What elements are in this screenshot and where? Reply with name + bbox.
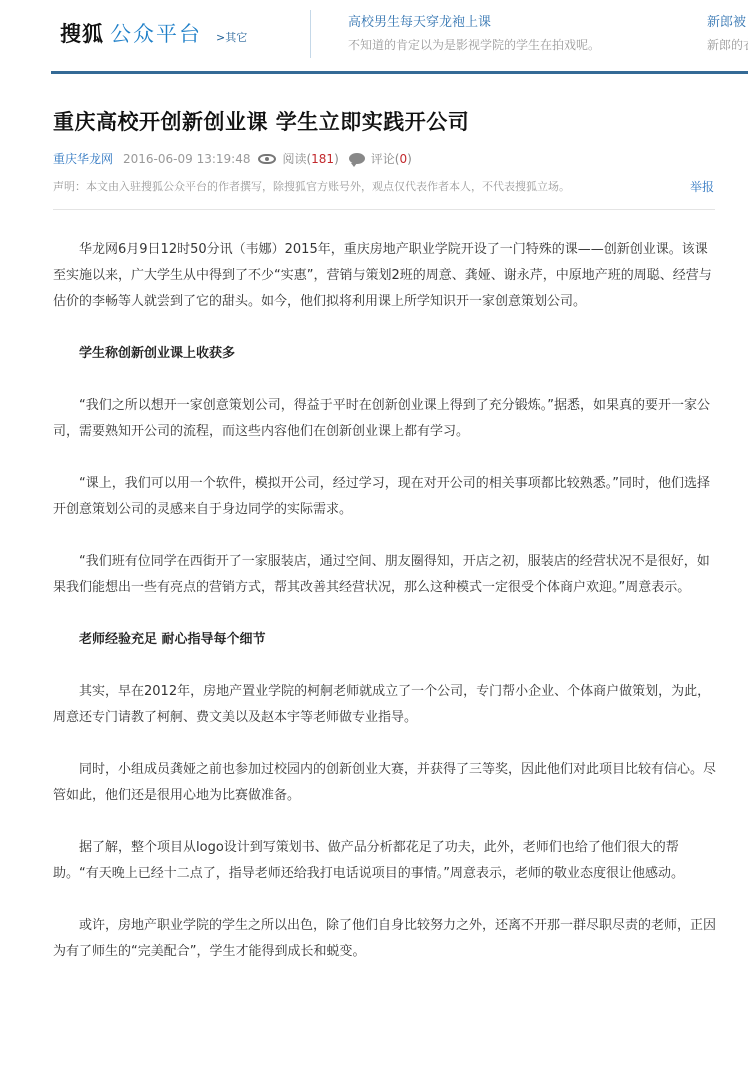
comment-label: 评论( — [371, 152, 400, 166]
logo-platform: 公众平台 — [110, 18, 202, 48]
publish-date: 2016-06-09 13:19:48 — [123, 152, 250, 166]
comment-icon — [349, 153, 365, 164]
article-body: 华龙网6月9日12时50分讯（韦娜）2015年，重庆房地产职业学院开设了一门特殊… — [53, 237, 718, 991]
logo-sohu: 搜狐 — [60, 18, 104, 48]
paragraph: “课上，我们可以用一个软件，模拟开公司，经过学习，现在对开公司的相关事项都比较熟… — [53, 471, 718, 523]
read-number: 181 — [311, 152, 334, 166]
article-title: 重庆高校开创新创业课 学生立即实践开公司 — [53, 106, 469, 136]
header-accent-bar — [51, 71, 748, 74]
section-heading: 老师经验充足 耐心指导每个细节 — [53, 627, 718, 653]
paragraph: “我们班有位同学在西街开了一家服装店，通过空间、朋友圈得知，开店之初，服装店的经… — [53, 549, 718, 601]
promo-title[interactable]: 新郎被 — [707, 14, 748, 32]
read-count: 阅读(181) — [282, 150, 338, 167]
paragraph: “我们之所以想开一家创意策划公司，得益于平时在创新创业课上得到了充分锻炼。”据悉… — [53, 393, 718, 445]
promo-item[interactable]: 高校男生每天穿龙袍上课 不知道的肯定以为是影视学院的学生在拍戏呢。 — [348, 14, 600, 54]
promo-item[interactable]: 新郎被 新郎的衣 — [707, 14, 748, 54]
read-close: ) — [334, 152, 339, 166]
paragraph: 据了解，整个项目从logo设计到写策划书、做产品分析都花足了功夫，此外，老师们也… — [53, 835, 718, 887]
header-divider — [310, 10, 311, 58]
category-link[interactable]: >其它 — [216, 29, 247, 45]
paragraph: 同时，小组成员龚娅之前也参加过校园内的创新创业大赛，并获得了三等奖，因此他们对此… — [53, 757, 718, 809]
report-link[interactable]: 举报 — [690, 178, 714, 195]
paragraph: 华龙网6月9日12时50分讯（韦娜）2015年，重庆房地产职业学院开设了一门特殊… — [53, 237, 718, 315]
divider — [53, 209, 715, 210]
promo-title[interactable]: 高校男生每天穿龙袍上课 — [348, 14, 600, 32]
paragraph: 其实，早在2012年，房地产置业学院的柯舸老师就成立了一个公司，专门帮小企业、个… — [53, 679, 718, 731]
comment-count[interactable]: 评论(0) — [371, 150, 412, 167]
source-link[interactable]: 重庆华龙网 — [53, 150, 113, 167]
paragraph: 或许，房地产职业学院的学生之所以出色，除了他们自身比较努力之外，还离不开那一群尽… — [53, 913, 718, 965]
comment-close: ) — [407, 152, 412, 166]
promo-desc: 新郎的衣 — [707, 36, 748, 54]
section-heading: 学生称创新创业课上收获多 — [53, 341, 718, 367]
eye-icon — [258, 154, 276, 164]
article-meta: 重庆华龙网 2016-06-09 13:19:48 阅读(181) 评论(0) — [53, 150, 422, 167]
logo[interactable]: 搜狐 公众平台 >其它 — [60, 18, 247, 48]
read-label: 阅读( — [282, 152, 311, 166]
disclaimer: 声明：本文由入驻搜狐公众平台的作者撰写，除搜狐官方账号外，观点仅代表作者本人，不… — [53, 178, 570, 194]
comment-number: 0 — [399, 152, 407, 166]
site-header: 搜狐 公众平台 >其它 高校男生每天穿龙袍上课 不知道的肯定以为是影视学院的学生… — [0, 0, 748, 72]
promo-desc: 不知道的肯定以为是影视学院的学生在拍戏呢。 — [348, 36, 600, 54]
